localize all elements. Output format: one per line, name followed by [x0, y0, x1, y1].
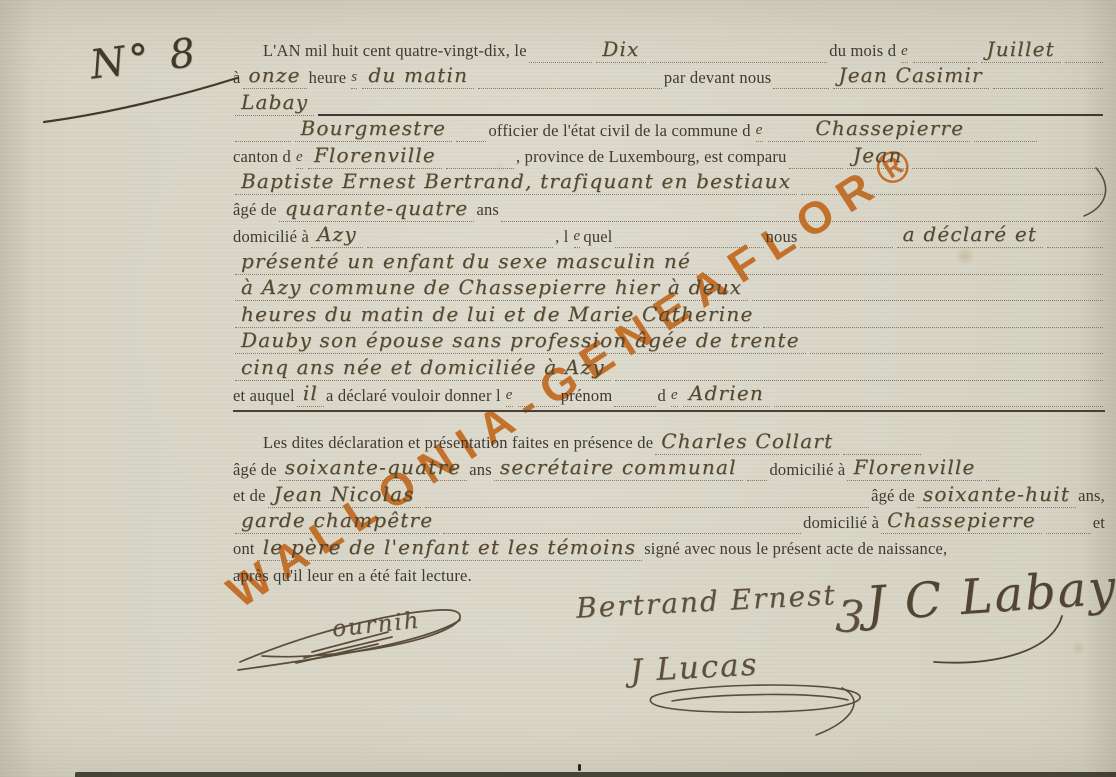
fill-rule: [800, 244, 893, 248]
printed-text: , province de Luxembourg, est comparu: [516, 149, 787, 169]
printed-text: prénom: [561, 388, 613, 408]
fill-rule: [501, 218, 1103, 222]
fill-rule: [614, 403, 655, 407]
handwritten-entry: Adrien: [683, 383, 770, 407]
lucas-flourish-strokes: [650, 685, 860, 735]
handwritten-entry: Juillet: [981, 39, 1061, 63]
fill-rule: [843, 451, 921, 455]
printed-text: après qu'il leur en a été fait lecture.: [233, 568, 472, 588]
act-line: Labay: [233, 89, 1105, 116]
printed-text: , l: [555, 229, 568, 249]
handwritten-entry: à Azy commune de Chassepierre hier à deu…: [235, 277, 748, 301]
fill-rule: [518, 403, 559, 407]
printed-text: âgé de: [233, 202, 277, 222]
fill-rule: [446, 165, 514, 169]
fill-rule: [912, 165, 1103, 169]
handwritten-entry: Chassepierre: [881, 510, 1042, 534]
act-line: âgé desoixante-quatreanssecrétaire commu…: [233, 455, 1105, 482]
ink-speck: [578, 764, 581, 771]
handwritten-entry: le père de l'enfant et les témoins: [257, 537, 643, 561]
printed-text: et de: [233, 488, 266, 508]
printed-variant-letter: e: [506, 388, 513, 407]
printed-text: âgé de: [233, 462, 277, 482]
printed-variant-letter: e: [296, 150, 303, 169]
printed-text: d: [658, 388, 666, 408]
act-body: L'AN mil huit cent quatre-vingt-dix, leD…: [233, 36, 1105, 587]
act-line: ontle père de l'enfant et les témoinssig…: [233, 534, 1105, 561]
handwritten-entry: soixante-quatre: [279, 457, 467, 481]
fill-rule: [1047, 244, 1103, 248]
signature-paraph: 3: [834, 591, 867, 644]
printed-text: L'AN mil huit cent quatre-vingt-dix, le: [263, 43, 527, 63]
act-line: domicilié àAzy, lequelnousa déclaré et: [233, 222, 1105, 249]
handwritten-entry: présenté un enfant du sexe masculin né: [235, 251, 697, 275]
act-number: N° 8: [88, 30, 202, 89]
signature-witness-flourish: ournih: [331, 607, 422, 642]
signature-witness-lucas: J Lucas: [629, 647, 759, 690]
fill-rule: [529, 59, 592, 63]
act-line: àonzeheuresdu matinpar devant nousJean C…: [233, 63, 1105, 90]
act-line: canton deFlorenville, province de Luxemb…: [233, 142, 1105, 169]
fill-rule: [235, 138, 291, 142]
act-line: Bourgmestreofficier de l'état civil de l…: [233, 116, 1105, 143]
fill-rule: [747, 477, 768, 481]
printed-text: officier de l'état civil de la commune d: [488, 123, 750, 143]
handwritten-entry: Baptiste Ernest Bertrand, trafiquant en …: [235, 171, 797, 195]
act-number-underline: [44, 78, 237, 122]
printed-text: et: [1093, 515, 1105, 535]
handwritten-entry: Dix: [596, 39, 645, 63]
fill-rule: [810, 350, 1103, 354]
act-line: âgé dequarante-quatreans: [233, 195, 1105, 222]
act-line: L'AN mil huit cent quatre-vingt-dix, leD…: [233, 36, 1105, 63]
printed-text: ans: [469, 462, 492, 482]
fill-rule: [701, 271, 1103, 275]
fill-rule: [801, 191, 1103, 195]
act-line: heures du matin de lui et de Marie Cathe…: [233, 301, 1105, 328]
handwritten-entry: Jean Nicolas: [268, 484, 421, 508]
handwritten-entry: cinq ans née et domiciliée à Azy: [235, 357, 611, 381]
fill-rule: [1065, 59, 1103, 63]
handwritten-entry: garde champêtre: [235, 510, 439, 534]
act-line: Les dites déclaration et présentation fa…: [233, 428, 1105, 455]
handwritten-entry: secrétaire communal: [494, 457, 743, 481]
fill-rule: [774, 403, 1103, 407]
act-line: cinq ans née et domiciliée à Azy: [233, 354, 1105, 381]
handwritten-entry: Florenville: [308, 145, 442, 169]
fill-rule: [615, 244, 764, 248]
fill-rule: [773, 85, 828, 89]
fill-rule: [974, 138, 1037, 142]
fill-rule: [763, 324, 1103, 328]
fill-rule: [367, 244, 553, 248]
handwritten-entry: Chassepierre: [809, 118, 970, 142]
printed-text: signé avec nous le présent acte de naiss…: [644, 541, 947, 561]
fill-rule: [768, 138, 806, 142]
fill-rule: [789, 165, 843, 169]
handwritten-entry: Jean: [847, 145, 908, 169]
fill-rule: [1046, 530, 1091, 534]
fill-rule: [478, 85, 662, 89]
printed-text: ans,: [1078, 488, 1105, 508]
act-line: Dauby son épouse sans profession âgée de…: [233, 328, 1105, 355]
fill-rule: [615, 377, 1103, 381]
fill-rule-heavy: [318, 111, 1103, 116]
printed-text: canton d: [233, 149, 291, 169]
fill-rule: [913, 59, 976, 63]
handwritten-entry: Azy: [311, 224, 363, 248]
fill-rule: [986, 477, 1000, 481]
printed-text: heure: [309, 70, 347, 90]
act-line: garde champêtredomicilié àChassepierreet: [233, 508, 1105, 535]
printed-text: et auquel: [233, 388, 295, 408]
handwritten-entry: il: [297, 383, 324, 407]
handwritten-entry: Charles Collart: [655, 431, 839, 455]
printed-variant-letter: e: [671, 388, 678, 407]
printed-text: domicilié à: [233, 229, 309, 249]
printed-text: nous: [766, 229, 798, 249]
fill-rule: [456, 138, 486, 142]
act-line: Baptiste Ernest Bertrand, trafiquant en …: [233, 169, 1105, 196]
printed-text: à: [233, 70, 241, 90]
handwritten-entry: quarante-quatre: [279, 198, 475, 222]
printed-text: Les dites déclaration et présentation fa…: [263, 435, 653, 455]
handwritten-entry: Dauby son épouse sans profession âgée de…: [235, 330, 806, 354]
act-line: et deJean Nicolasâgé desoixante-huitans,: [233, 481, 1105, 508]
document-scan: N° 8 WALLONIA-GENEAFLOR® L'AN mil huit c…: [0, 0, 1116, 777]
scan-edge-artifact: [75, 772, 1116, 777]
printed-text: du mois d: [829, 43, 896, 63]
handwritten-entry: onze: [243, 65, 307, 89]
printed-text: âgé de: [871, 488, 915, 508]
act-line: présenté un enfant du sexe masculin né: [233, 248, 1105, 275]
printed-text: ont: [233, 541, 255, 561]
handwritten-entry: soixante-huit: [917, 484, 1076, 508]
printed-text: quel: [583, 229, 612, 249]
fill-rule: [650, 59, 828, 63]
fill-rule: [443, 530, 801, 534]
act-line: et auquelila déclaré vouloir donner lepr…: [233, 381, 1105, 408]
fill-rule: [752, 297, 1103, 301]
fill-rule: [425, 504, 869, 508]
section-rule: [233, 410, 1105, 428]
handwritten-entry: Jean Casimir: [833, 65, 989, 89]
printed-variant-letter: s: [351, 70, 357, 89]
handwritten-entry: du matin: [362, 65, 474, 89]
printed-text: domicilié à: [769, 462, 845, 482]
printed-text: domicilié à: [803, 515, 879, 535]
handwritten-entry: Florenville: [847, 457, 981, 481]
printed-text: par devant nous: [664, 70, 771, 90]
act-line: à Azy commune de Chassepierre hier à deu…: [233, 275, 1105, 302]
printed-variant-letter: e: [574, 229, 581, 248]
handwritten-entry: heures du matin de lui et de Marie Cathe…: [235, 304, 759, 328]
printed-variant-letter: e: [901, 44, 908, 63]
printed-variant-letter: e: [756, 123, 763, 142]
printed-text: a déclaré vouloir donner l: [326, 388, 501, 408]
handwritten-entry: Labay: [235, 92, 314, 116]
handwritten-entry: Bourgmestre: [295, 118, 453, 142]
fill-rule: [993, 85, 1103, 89]
printed-text: ans: [476, 202, 499, 222]
handwritten-entry: a déclaré et: [897, 224, 1043, 248]
